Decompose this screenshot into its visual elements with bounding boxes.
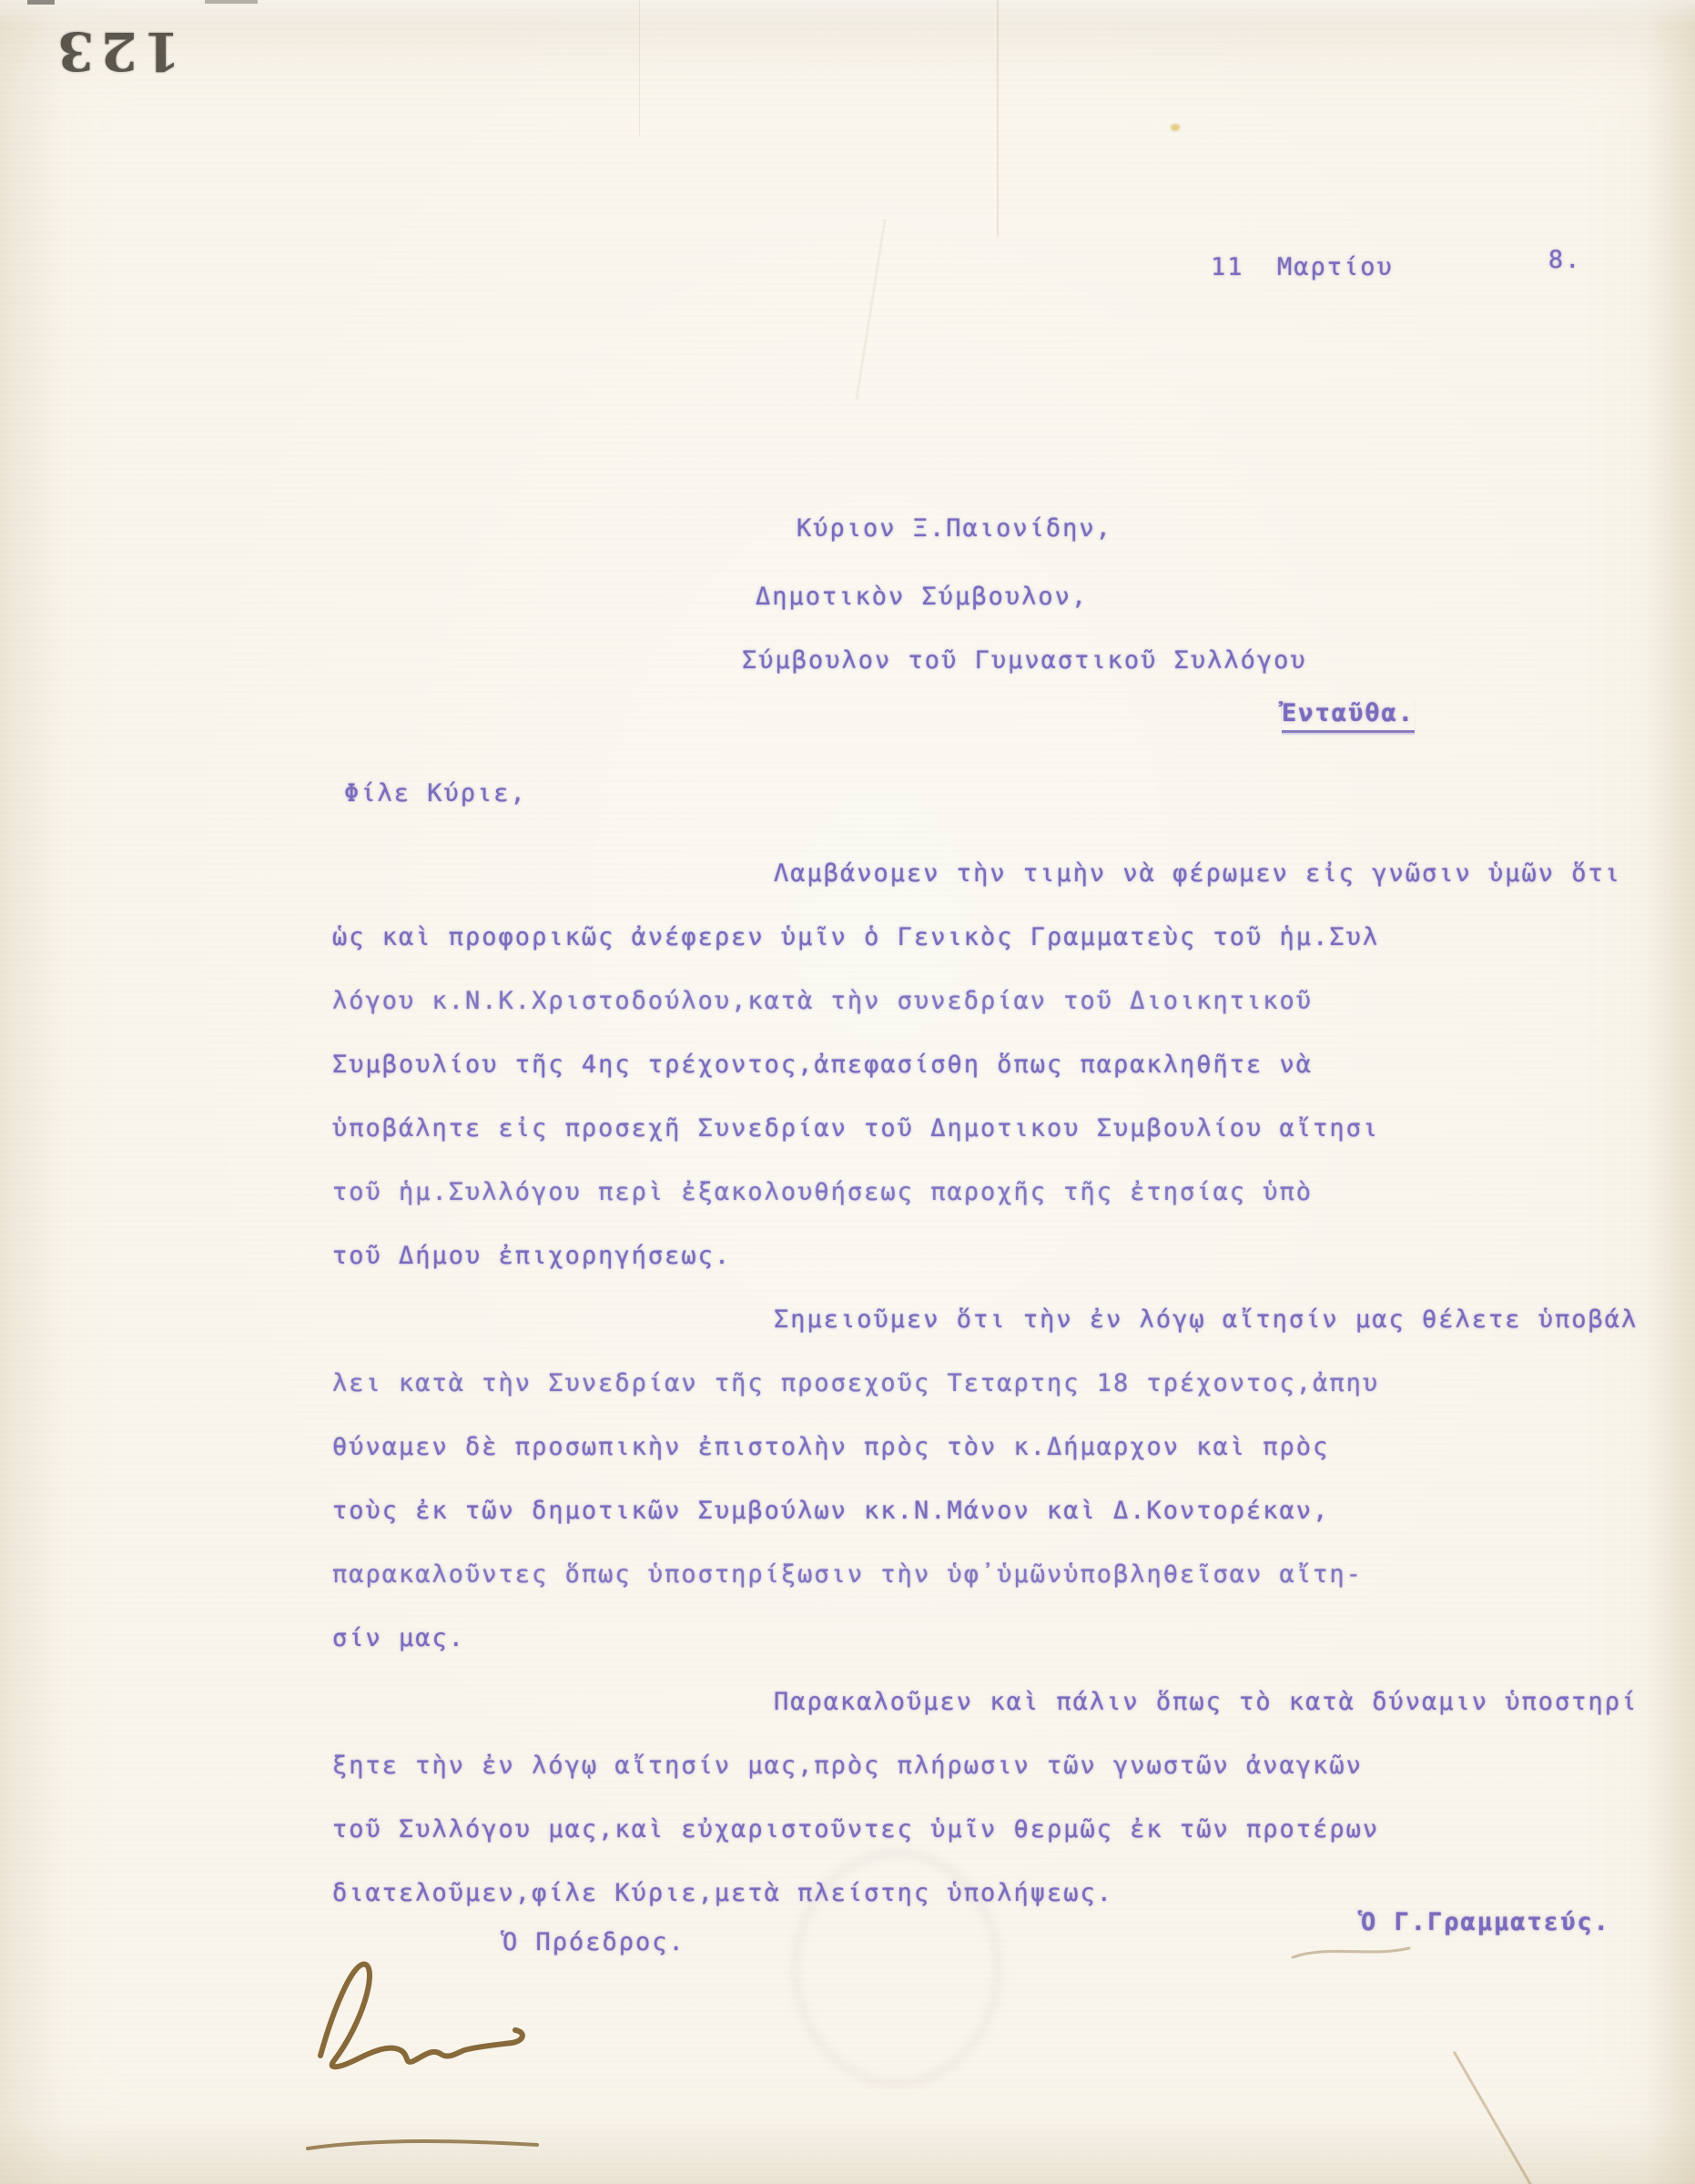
closing-president: Ὁ Πρόεδρος. bbox=[502, 1928, 685, 1956]
letter-body: Λαμβάνομεν τὴν τιμὴν νὰ φέρωμεν εἰς γνῶσ… bbox=[332, 842, 1434, 1925]
body-line: Παρακαλοῦμεν καὶ πάλιν ὅπως τὸ κατὰ δύνα… bbox=[332, 1671, 1434, 1734]
recipient-title-1: Δημοτικὸν Σύμβουλον, bbox=[756, 583, 1088, 611]
date-line: 11 Μαρτίου8. bbox=[1211, 253, 1581, 281]
recipient-title-2: Σύμβουλον τοῦ Γυμναστικοῦ Συλλόγου bbox=[742, 646, 1307, 675]
body-line: τοῦ Δήμου ἐπιχορηγήσεως. bbox=[332, 1224, 1434, 1288]
body-line: ὑποβάλητε εἰς προσεχῆ Συνεδρίαν τοῦ Δημο… bbox=[332, 1097, 1434, 1161]
recipient-name: Κύριον Ξ.Παιονίδην, bbox=[797, 514, 1112, 543]
body-line: σίν μας. bbox=[332, 1607, 1434, 1671]
scanned-letter-page: 123 11 Μαρτίου8. Κύριον Ξ.Παιονίδην, Δημ… bbox=[0, 0, 1695, 2184]
body-line: Σημειοῦμεν ὅτι τὴν ἐν λόγῳ αἴτησίν μας θ… bbox=[332, 1288, 1434, 1352]
body-line: ξητε τὴν ἐν λόγῳ αἴτησίν μας,πρὸς πλήρωσ… bbox=[332, 1734, 1434, 1798]
body-line: Λαμβάνομεν τὴν τιμὴν νὰ φέρωμεν εἰς γνῶσ… bbox=[332, 842, 1434, 906]
body-line: διατελοῦμεν,φίλε Κύριε,μετὰ πλείστης ὑπο… bbox=[332, 1862, 1434, 1925]
closing-secretary: Ὁ Γ.Γραμματεύς. bbox=[1361, 1908, 1610, 1936]
body-line: θύναμεν δὲ προσωπικὴν ἐπιστολὴν πρὸς τὸν… bbox=[332, 1416, 1434, 1479]
paper-crease bbox=[1453, 2051, 1533, 2184]
paper-crease bbox=[639, 0, 640, 137]
body-line: τοῦ ἡμ.Συλλόγου περὶ ἐξακολουθήσεως παρο… bbox=[332, 1161, 1434, 1224]
paper-crease bbox=[855, 219, 886, 400]
page-number-stamp: 123 bbox=[47, 5, 184, 82]
body-line: λόγου κ.Ν.Κ.Χριστοδούλου,κατὰ τὴν συνεδρ… bbox=[332, 970, 1434, 1033]
date-year: 8. bbox=[1548, 246, 1582, 274]
paper-edge-nick bbox=[27, 0, 55, 5]
date-day-month: 11 Μαρτίου bbox=[1211, 253, 1394, 281]
body-line: ὡς καὶ προφορικῶς ἀνέφερεν ὑμῖν ὁ Γενικὸ… bbox=[332, 906, 1434, 970]
body-line: παρακαλοῦντες ὅπως ὑποστηρίξωσιν τὴν ὑφ᾽… bbox=[332, 1543, 1434, 1607]
ink-speck bbox=[1171, 124, 1180, 131]
paper-edge-nick bbox=[205, 0, 258, 4]
body-line: τοὺς ἐκ τῶν δημοτικῶν Συμβούλων κκ.Ν.Μάν… bbox=[332, 1479, 1434, 1543]
salutation: Φίλε Κύριε, bbox=[344, 779, 527, 808]
body-line: λει κατὰ τὴν Συνεδρίαν τῆς προσεχοῦς Τετ… bbox=[332, 1352, 1434, 1416]
recipient-location: Ἐνταῦθα. bbox=[1282, 699, 1415, 727]
paper-crease bbox=[997, 0, 999, 237]
body-line: Συμβουλίου τῆς 4ης τρέχοντος,ἀπεφασίσθη … bbox=[332, 1033, 1434, 1097]
body-line: τοῦ Συλλόγου μας,καὶ εὐχαριστοῦντες ὑμῖν… bbox=[332, 1798, 1434, 1862]
